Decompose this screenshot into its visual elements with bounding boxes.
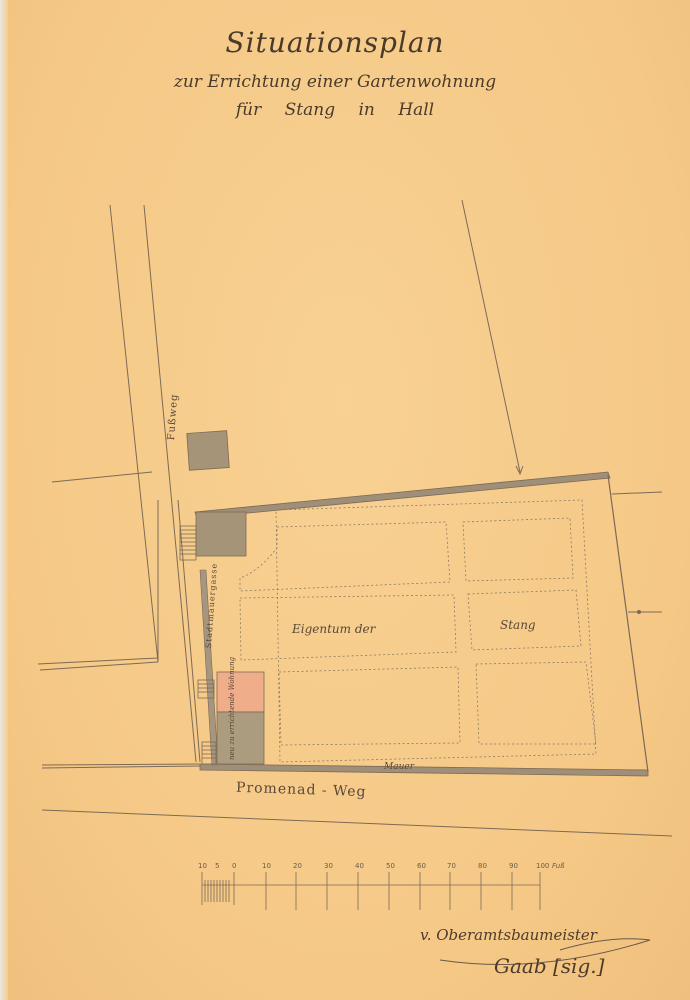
- north-line: [462, 200, 520, 472]
- label-wall: Mauer: [384, 762, 414, 772]
- label-owner: Stang: [500, 618, 536, 632]
- footpath-right-line: [144, 205, 196, 762]
- existing-building-corner: [196, 512, 246, 556]
- scale-bar: [202, 872, 540, 910]
- new-dwelling-grey: [217, 712, 264, 764]
- new-dwelling-pink: [217, 672, 264, 712]
- site-plan-drawing: [0, 0, 690, 1000]
- existing-building-north: [187, 431, 229, 471]
- scale-tick-labels: 10 5 0 10 20 30 40 50 60 70 80 90 100 Fu…: [196, 862, 596, 874]
- label-property: Eigentum der: [292, 622, 375, 636]
- signature-line-2: Gaab [sig.]: [494, 954, 604, 978]
- label-new-dwelling: neu zu errichtende Wohnung: [228, 657, 236, 760]
- signature-line-1: v. Oberamtsbaumeister: [420, 926, 597, 944]
